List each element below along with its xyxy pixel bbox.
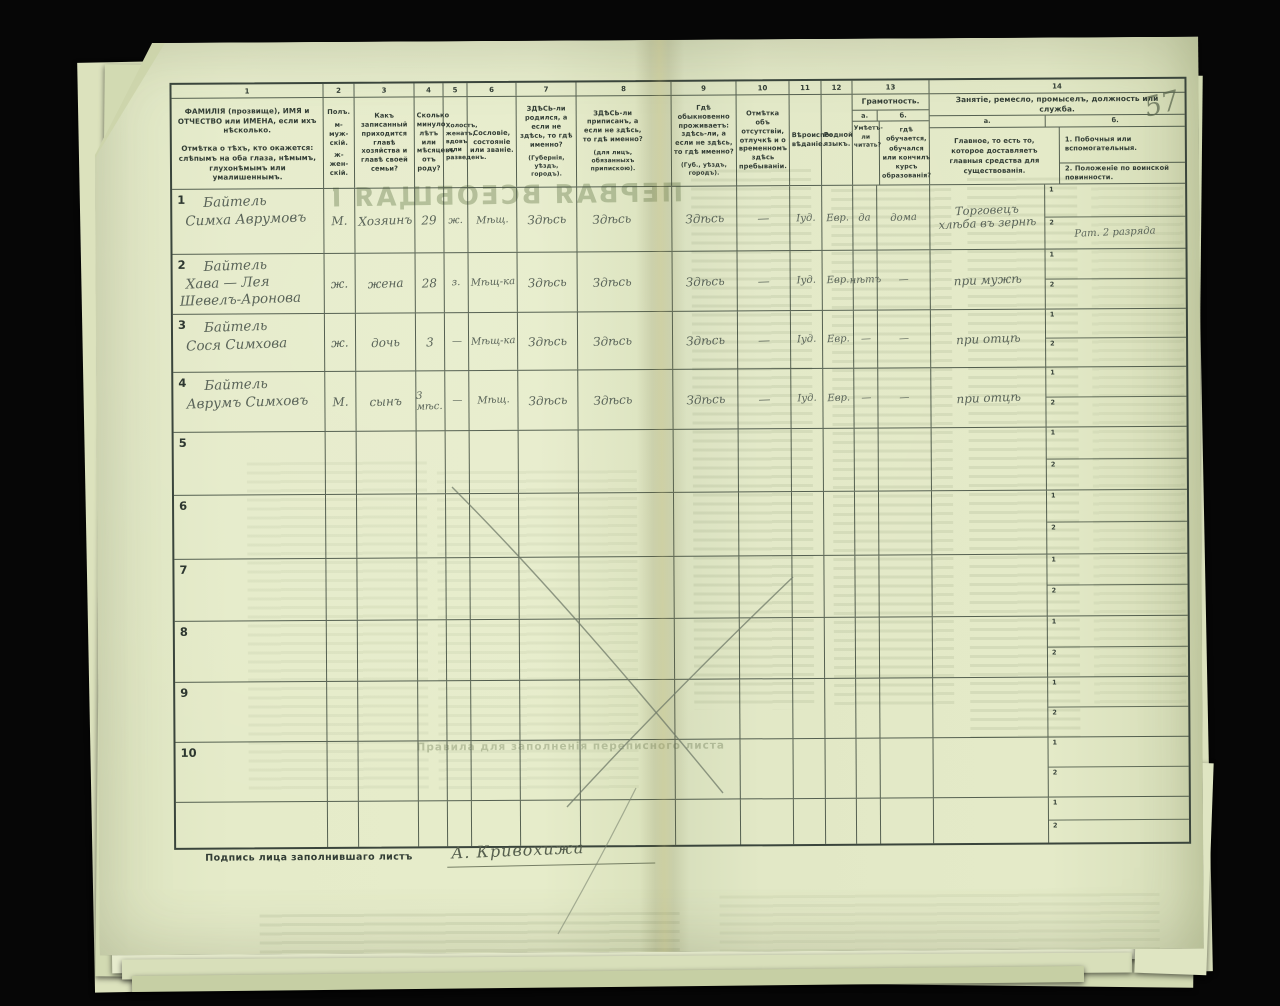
header-residence: Гдѣ обыкновенно проживаетъ: здѣсь-ли, а …	[672, 95, 738, 185]
cell-sex: М.	[332, 394, 349, 409]
cell-occupation: при мужѣ	[953, 271, 1022, 288]
table-row: 5 12	[174, 427, 1187, 496]
sub-label: 1	[1052, 679, 1057, 687]
table-row: 2 Байтель Хава — Лея Шевелъ-Аронова ж. ж…	[173, 249, 1186, 315]
sub-label: 2	[1053, 822, 1058, 830]
signature-label: Подпись лица заполнившаго листъ	[205, 851, 413, 863]
sub-label: 2	[1050, 281, 1055, 289]
cell-relation: дочь	[371, 335, 400, 350]
sub-label: 2	[1050, 399, 1055, 407]
cell-military: Рат. 2 разряда	[1075, 225, 1157, 239]
cell-education: —	[899, 392, 909, 403]
cell-sex: ж.	[331, 276, 349, 291]
cell-reads: —	[861, 392, 871, 403]
cell-born: Здѣсь	[527, 212, 566, 228]
sub-label: 1	[1049, 186, 1054, 194]
sub-label: 2	[1052, 648, 1057, 656]
table-row: 6 12	[174, 490, 1187, 560]
col-num: 13	[852, 80, 929, 93]
col-num: 11	[789, 81, 821, 94]
header-registration: ЗДѢСЬ-ли приписанъ, а если не здѣсь, то …	[577, 96, 673, 187]
cell-born: Здѣсь	[528, 392, 567, 408]
header-names-note: Отмѣтка о тѣхъ, кто окажется: слѣпымъ на…	[174, 143, 321, 183]
header-literacy-a-label: а.	[853, 110, 878, 121]
sub-label: 1	[1052, 739, 1057, 747]
cell-religion: Іуд.	[797, 393, 817, 405]
sub-label: 2	[1051, 524, 1056, 532]
table-row: 12	[176, 797, 1189, 848]
table-row: 10 12	[175, 737, 1188, 803]
cell-residence: Здѣсь	[686, 391, 725, 407]
cell-name: 3 Байтель Сося Симхова	[173, 314, 325, 372]
name-line: Аврумъ Симховъ	[177, 391, 323, 414]
header-occupation-military-text: 2. Положеніе по воинской повинности.	[1060, 162, 1185, 183]
cell-sex: М.	[331, 214, 348, 229]
sub-label: 1	[1050, 369, 1055, 377]
header-absence: Отмѣтка объ отсутствіи, отлучкѣ и о врем…	[737, 95, 791, 185]
cell-estate: Мѣщ-ка	[471, 335, 516, 348]
sub-label: 2	[1053, 769, 1058, 777]
cell-marital: з.	[452, 277, 461, 288]
header-age: Сколько минуло лѣтъ или мѣсяцевъ отъ род…	[415, 97, 445, 187]
col-num: 1	[171, 84, 323, 98]
cell-age: 29	[421, 213, 437, 228]
col-num: 12	[821, 81, 852, 94]
cell-reads: да	[858, 212, 871, 223]
table-row: 8 12	[175, 616, 1188, 683]
cell-occupation: при отцѣ	[956, 330, 1021, 347]
cell-side-occupation: 1 2	[1046, 309, 1186, 367]
col-num: 9	[671, 81, 736, 94]
header-birthplace-text: ЗДѢСЬ-ли родился, а если не здѣсь, то гд…	[519, 105, 574, 150]
cell-born: Здѣсь	[527, 274, 566, 290]
table-row: 4 Байтель Аврумъ Симховъ М. сынъ 3 мѣс. …	[173, 367, 1186, 433]
header-names: ФАМИЛІЯ (прозвище), ИМЯ и ОТЧЕСТВО или И…	[172, 98, 325, 189]
cell-age: 28	[422, 276, 438, 291]
header-estate: Сословіе, состояніе или званіе.	[468, 97, 518, 187]
cell-registered: Здѣсь	[592, 211, 631, 227]
name-line: Сося Симхова	[177, 333, 323, 356]
header-language: Родной языкъ.	[822, 95, 854, 185]
cell-estate: Мѣщ-ка	[470, 276, 515, 289]
table-row: 1 Байтель Симха Аврумовъ М. Хозяинъ 29 ж…	[172, 184, 1185, 255]
header-literacy-b-label: б.	[878, 110, 929, 121]
cell-residence: Здѣсь	[685, 332, 724, 348]
sub-label: 1	[1051, 492, 1056, 500]
header-literacy-title: Грамотность.	[853, 94, 929, 110]
cell-language: Евр.	[827, 392, 850, 404]
table-row: 7 12	[174, 554, 1187, 622]
cell-residence: Здѣсь	[685, 273, 724, 289]
cell-registered: Здѣсь	[592, 274, 631, 290]
cell-age: 3	[426, 335, 434, 349]
sub-label: 1	[1050, 251, 1055, 259]
signature-handwriting: А. Кривохижа	[451, 838, 585, 862]
col-num: 4	[414, 83, 443, 96]
header-sex-female: ж-жен-скій.	[326, 151, 352, 178]
cell-absence: —	[758, 333, 771, 347]
sub-label: 1	[1050, 311, 1055, 319]
cell-marital: —	[451, 336, 461, 347]
cell-absence: —	[757, 274, 770, 288]
cell-registered: Здѣсь	[593, 392, 632, 408]
col-num: 2	[323, 84, 354, 97]
cell-reads: —	[860, 333, 870, 344]
cell-language: Евр.	[826, 212, 849, 224]
cell-name: 4 Байтель Аврумъ Симховъ	[173, 372, 325, 432]
cell-age: 3 мѣс.	[416, 389, 445, 412]
cell-marital: ж.	[448, 214, 463, 226]
cell-language: Евр.	[826, 333, 849, 345]
sub-label: 1	[1051, 556, 1056, 564]
header-literacy-b-text: гдѣ обучается, обучался или кончилъ курс…	[880, 122, 933, 185]
row-number: 10	[181, 746, 197, 760]
cell-marital: —	[452, 395, 462, 406]
occupation-line: хлѣба въ зернѣ	[938, 215, 1036, 232]
sub-label: 2	[1050, 340, 1055, 348]
col-num: 6	[467, 83, 516, 96]
col-num: 3	[354, 83, 414, 96]
cell-absence: —	[757, 211, 770, 225]
photo-background: ПЕРВАЯ ВСЕОБЩАЯ ПЕ Правила для заполнені…	[0, 0, 1280, 1006]
name-line: Симха Аврумовъ	[176, 208, 322, 231]
cell-name: 2 Байтель Хава — Лея Шевелъ-Аронова	[173, 254, 325, 314]
header-literacy-a-text: Умѣетъ-ли читать?	[853, 122, 880, 185]
cell-religion: Іуд.	[796, 212, 816, 224]
sub-label: 1	[1052, 618, 1057, 626]
header-registration-note: (для лицъ, обязанныхъ припискою).	[579, 149, 647, 174]
cell-reads: нѣтъ	[849, 274, 881, 286]
sub-label: 2	[1049, 218, 1054, 226]
cell-relation: жена	[367, 275, 403, 290]
header-birthplace-note: (Губернія, уѣздъ, городъ).	[519, 154, 574, 179]
row-number: 5	[179, 436, 187, 450]
table-row: 9 12	[175, 677, 1188, 743]
header-sex-male: м-муж-скій.	[326, 121, 352, 148]
row-number: 7	[179, 563, 187, 577]
row-number: 8	[180, 625, 188, 639]
cell-language: Евр.	[826, 274, 849, 286]
header-occupation-a-label: а.	[930, 116, 1046, 128]
cell-side-occupation: 1 2Рат. 2 разряда	[1045, 184, 1185, 249]
cell-religion: Іуд.	[796, 275, 816, 287]
name-line: Шевелъ-Аронова	[177, 289, 322, 311]
col-num: 10	[736, 81, 789, 94]
table-row: 3 Байтель Сося Симхова ж. дочь 3 — Мѣщ-к…	[173, 309, 1186, 373]
cell-relation: Хозяинъ	[358, 213, 412, 229]
cell-education: —	[899, 333, 909, 344]
cell-occupation: Торговецъхлѣба въ зернѣ	[938, 202, 1037, 232]
cell-side-occupation: 1 2	[1046, 249, 1186, 309]
sub-label: 2	[1052, 587, 1057, 595]
cell-sex: ж.	[331, 335, 349, 350]
header-sex-title: Полъ.	[326, 108, 352, 117]
header-marital: Холостъ, женатъ, вдовъ или разведенъ.	[444, 97, 469, 187]
sub-label: 1	[1053, 799, 1058, 807]
sub-label: 2	[1052, 709, 1057, 717]
cell-relation: сынъ	[369, 393, 402, 408]
header-birthplace: ЗДѢСЬ-ли родился, а если не здѣсь, то гд…	[517, 96, 578, 186]
header-occupation-side-text: 1. Побочныя или вспомогательныя.	[1060, 127, 1185, 163]
census-table: 1 2 3 4 5 6 7 8 9 10 11 12 13 14 ФАМИЛІЯ…	[169, 77, 1191, 850]
signature-underline	[447, 863, 655, 868]
cell-religion: Іуд.	[797, 334, 817, 346]
row-number: 9	[180, 686, 188, 700]
cell-side-occupation: 1 2	[1046, 367, 1186, 427]
col-num: 8	[576, 82, 671, 96]
header-row: ФАМИЛІЯ (прозвище), ИМЯ и ОТЧЕСТВО или И…	[172, 93, 1186, 190]
sub-label: 2	[1051, 460, 1056, 468]
header-registration-text: ЗДѢСЬ-ли приписанъ, а если не здѣсь, то …	[579, 109, 647, 145]
header-relation: Какъ записанный приходится главѣ хозяйст…	[355, 97, 416, 187]
cell-estate: Мѣщ.	[476, 214, 509, 226]
header-residence-note: (Губ., уѣздъ, городъ).	[674, 162, 734, 179]
header-literacy: Грамотность. а. б. Умѣетъ-ли читать? гдѣ…	[853, 94, 931, 184]
cell-estate: Мѣщ.	[477, 394, 510, 406]
col-num: 5	[443, 83, 467, 96]
header-sex: Полъ. м-муж-скій. ж-жен-скій.	[324, 98, 356, 188]
cell-absence: —	[758, 392, 771, 406]
cell-residence: Здѣсь	[685, 211, 724, 227]
cell-registered: Здѣсь	[592, 333, 631, 349]
header-residence-text: Гдѣ обыкновенно проживаетъ: здѣсь-ли, а …	[674, 103, 734, 157]
header-religion: Вѣроиспо-вѣданіе.	[790, 95, 823, 185]
col-num: 7	[516, 82, 576, 95]
census-form-page: ПЕРВАЯ ВСЕОБЩАЯ ПЕ Правила для заполнені…	[94, 37, 1204, 956]
header-names-text: ФАМИЛІЯ (прозвище), ИМЯ и ОТЧЕСТВО или И…	[174, 106, 321, 136]
sub-label: 1	[1051, 429, 1056, 437]
row-number: 6	[179, 499, 187, 513]
cell-born: Здѣсь	[528, 333, 567, 349]
cell-occupation: при отцѣ	[956, 389, 1021, 406]
cell-education: —	[898, 274, 908, 285]
cell-education: дома	[890, 211, 917, 223]
cell-name: 1 Байтель Симха Аврумовъ	[172, 189, 324, 254]
header-occupation-main-text: Главное, то есть то, которое доставляетъ…	[930, 127, 1060, 184]
